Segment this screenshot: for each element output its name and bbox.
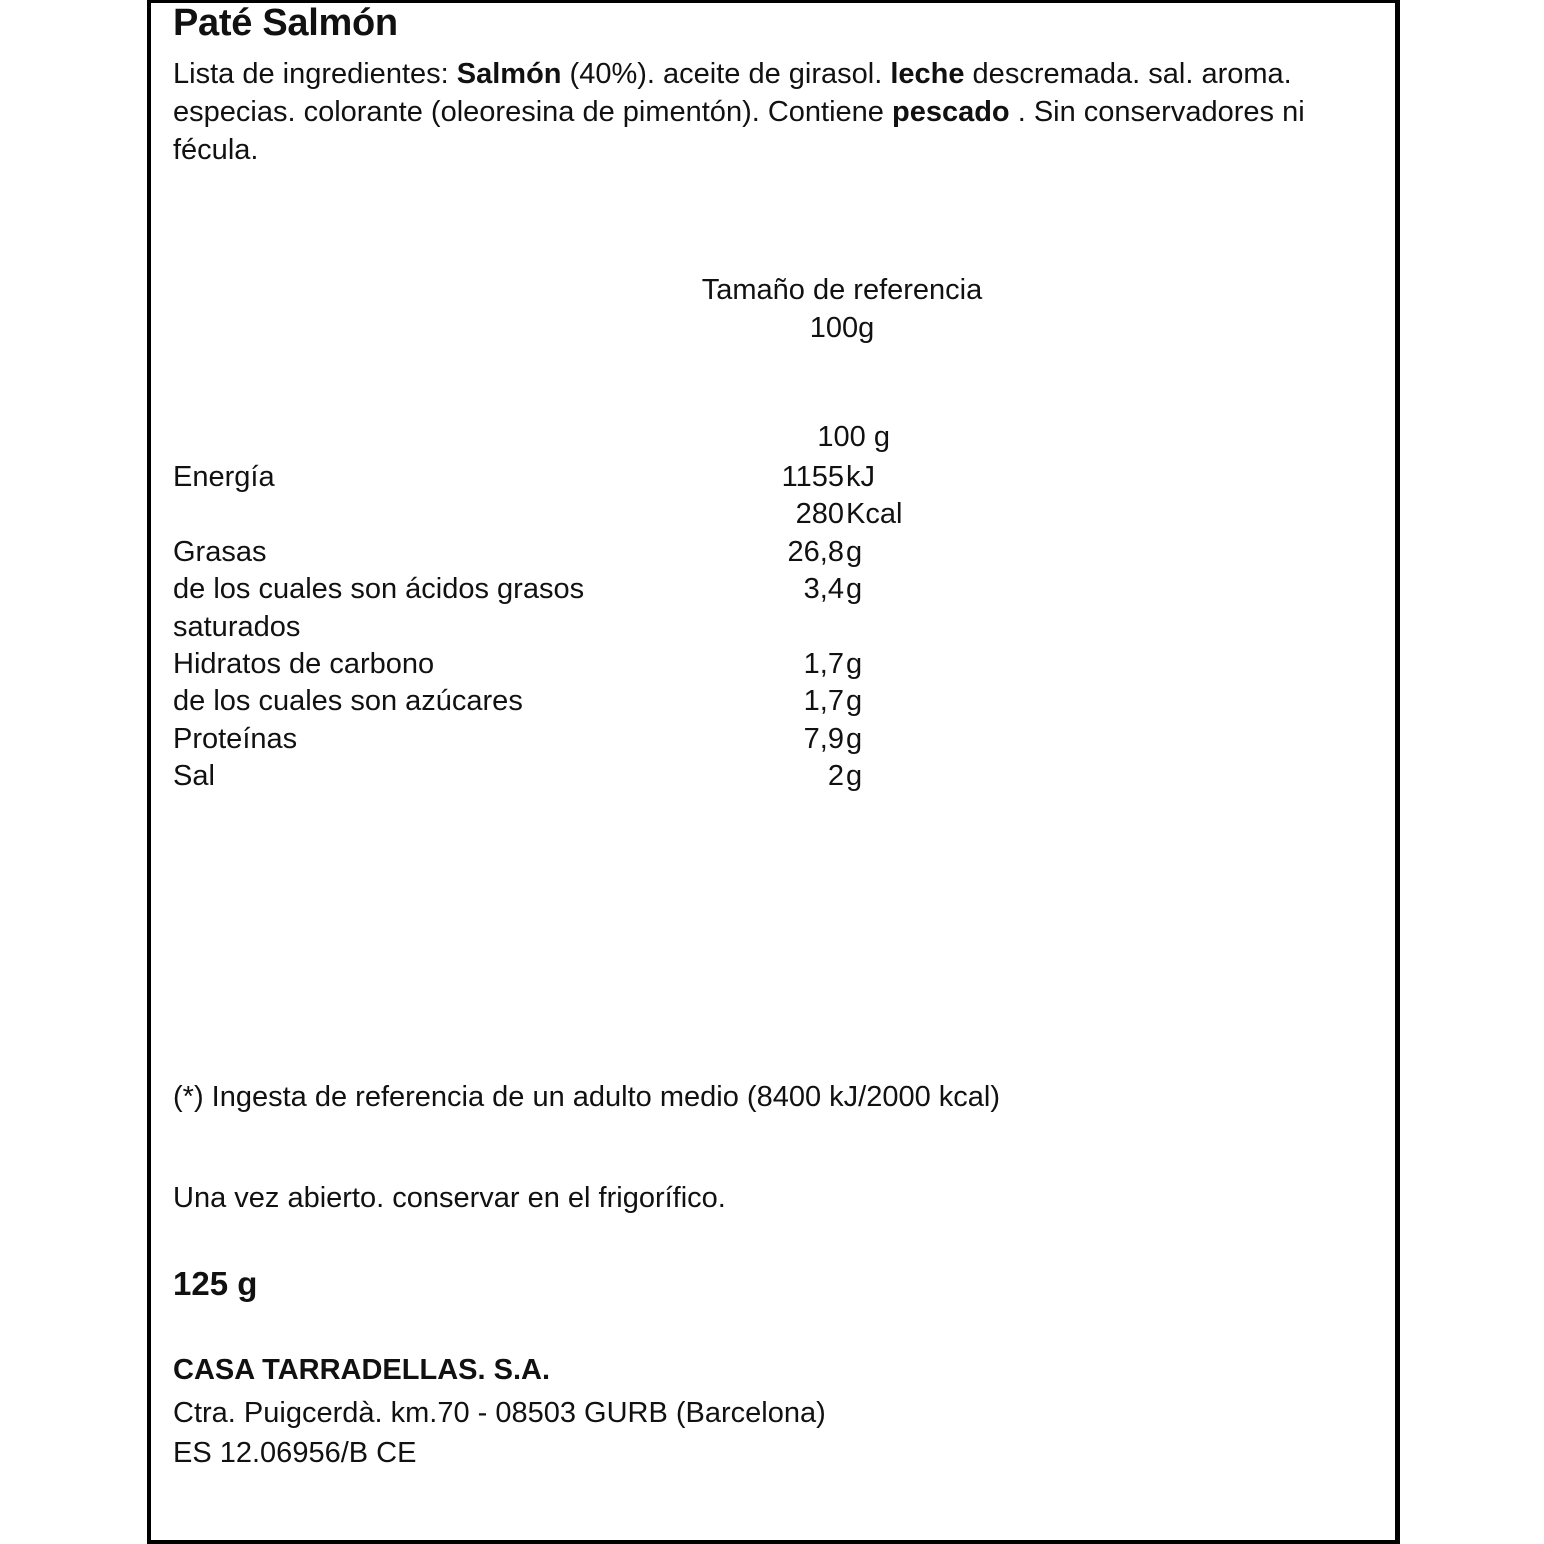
- nutrient-value: 2g: [753, 758, 933, 795]
- nutrition-column-header: 100 g: [760, 421, 890, 454]
- nutrient-value: [753, 609, 933, 646]
- allergen-salmon: Salmón: [457, 58, 562, 90]
- registration-number: ES 12.06956/B CE: [173, 1437, 416, 1470]
- net-weight: 125 g: [173, 1265, 257, 1303]
- allergen-milk: leche: [890, 58, 964, 90]
- nutrient-label: Proteínas: [173, 721, 297, 758]
- nutrition-row: de los cuales son azúcares1,7g: [173, 683, 933, 720]
- nutrient-unit: g: [844, 683, 862, 720]
- product-title: Paté Salmón: [173, 2, 398, 45]
- nutrient-amount: 1155: [753, 459, 844, 496]
- ingredients-prefix: Lista de ingredientes:: [173, 58, 457, 90]
- nutrient-unit: kJ: [844, 459, 875, 496]
- nutrient-label: de los cuales son ácidos grasos: [173, 571, 584, 608]
- nutrition-row: Energía1155kJ: [173, 459, 933, 496]
- nutrition-row: Sal2g: [173, 758, 933, 795]
- nutrition-row: Proteínas7,9g: [173, 721, 933, 758]
- nutrition-row: Grasas26,8g: [173, 534, 933, 571]
- allergen-fish: pescado: [892, 96, 1010, 128]
- nutrient-label: Grasas: [173, 534, 266, 571]
- nutrient-unit: Kcal: [844, 496, 902, 533]
- nutrient-amount: 26,8: [753, 534, 844, 571]
- nutrient-label: Hidratos de carbono: [173, 646, 434, 683]
- ingredients-list: Lista de ingredientes: Salmón (40%). ace…: [173, 55, 1353, 169]
- nutrient-amount: 280: [753, 496, 844, 533]
- nutrient-value: 280Kcal: [753, 496, 933, 533]
- nutrient-value: 1,7g: [753, 646, 933, 683]
- nutrient-value: 7,9g: [753, 721, 933, 758]
- reference-size-block: Tamaño de referencia 100g: [600, 271, 1084, 347]
- manufacturer-name: CASA TARRADELLAS. S.A.: [173, 1354, 550, 1387]
- reference-size-label: Tamaño de referencia: [600, 271, 1084, 309]
- nutrient-label: Energía: [173, 459, 275, 496]
- nutrient-unit: g: [844, 534, 862, 571]
- nutrient-value: 26,8g: [753, 534, 933, 571]
- nutrient-amount: 7,9: [753, 721, 844, 758]
- nutrient-unit: g: [844, 721, 862, 758]
- nutrient-value: 1155kJ: [753, 459, 933, 496]
- nutrient-unit: g: [844, 571, 862, 608]
- storage-instructions: Una vez abierto. conservar en el frigorí…: [173, 1182, 726, 1215]
- nutrient-unit: g: [844, 646, 862, 683]
- nutrient-label: de los cuales son azúcares: [173, 683, 523, 720]
- reference-size-value: 100g: [600, 309, 1084, 347]
- reference-intake-footnote: (*) Ingesta de referencia de un adulto m…: [173, 1081, 1000, 1114]
- manufacturer-address: Ctra. Puigcerdà. km.70 - 08503 GURB (Bar…: [173, 1397, 826, 1430]
- nutrition-row: Hidratos de carbono1,7g: [173, 646, 933, 683]
- ingredients-part-1: (40%). aceite de girasol.: [562, 58, 891, 90]
- nutrient-value: 1,7g: [753, 683, 933, 720]
- nutrient-unit: g: [844, 758, 862, 795]
- nutrient-label: saturados: [173, 609, 300, 646]
- nutrient-amount: 2: [753, 758, 844, 795]
- nutrition-row: saturados: [173, 609, 933, 646]
- nutrient-amount: 1,7: [753, 646, 844, 683]
- nutrition-row: de los cuales son ácidos grasos3,4g: [173, 571, 933, 608]
- nutrient-amount: 1,7: [753, 683, 844, 720]
- nutrition-row: 280Kcal: [173, 496, 933, 533]
- nutrient-amount: 3,4: [753, 571, 844, 608]
- nutrient-value: 3,4g: [753, 571, 933, 608]
- nutrient-label: Sal: [173, 758, 215, 795]
